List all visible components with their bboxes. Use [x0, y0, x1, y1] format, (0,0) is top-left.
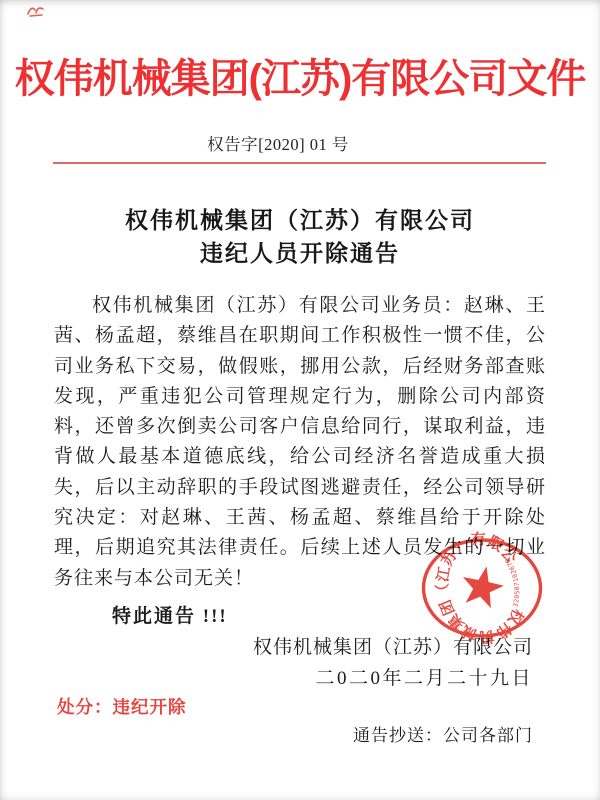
- cc-distribution-line: 通告抄送：公司各部门: [353, 721, 533, 746]
- letterhead-title: 权伟机械集团(江苏)有限公司文件: [0, 56, 600, 102]
- notice-title-line2: 违纪人员开除通告: [0, 235, 600, 268]
- signature-date: 二0二0年二月二十九日: [315, 663, 533, 690]
- official-company-seal: 权伟机械集团（江苏）有限公司 3205071026783: [412, 528, 552, 648]
- punishment-note: 处分：违纪开除: [57, 694, 187, 719]
- document-page: 权伟机械集团(江苏)有限公司文件 权告字[2020] 01 号 权伟机械集团（江…: [0, 0, 600, 800]
- star-icon: [458, 562, 507, 610]
- closing-phrase: 特此通告 !!!: [112, 601, 228, 628]
- notice-title-line1: 权伟机械集团（江苏）有限公司: [0, 202, 600, 235]
- red-separator-line: [53, 162, 546, 164]
- seal-company-text: 权伟机械集团（江苏）有限公司: [412, 528, 527, 645]
- red-ink-corner-mark: [26, 4, 46, 18]
- document-number: 权告字[2020] 01 号: [0, 131, 556, 155]
